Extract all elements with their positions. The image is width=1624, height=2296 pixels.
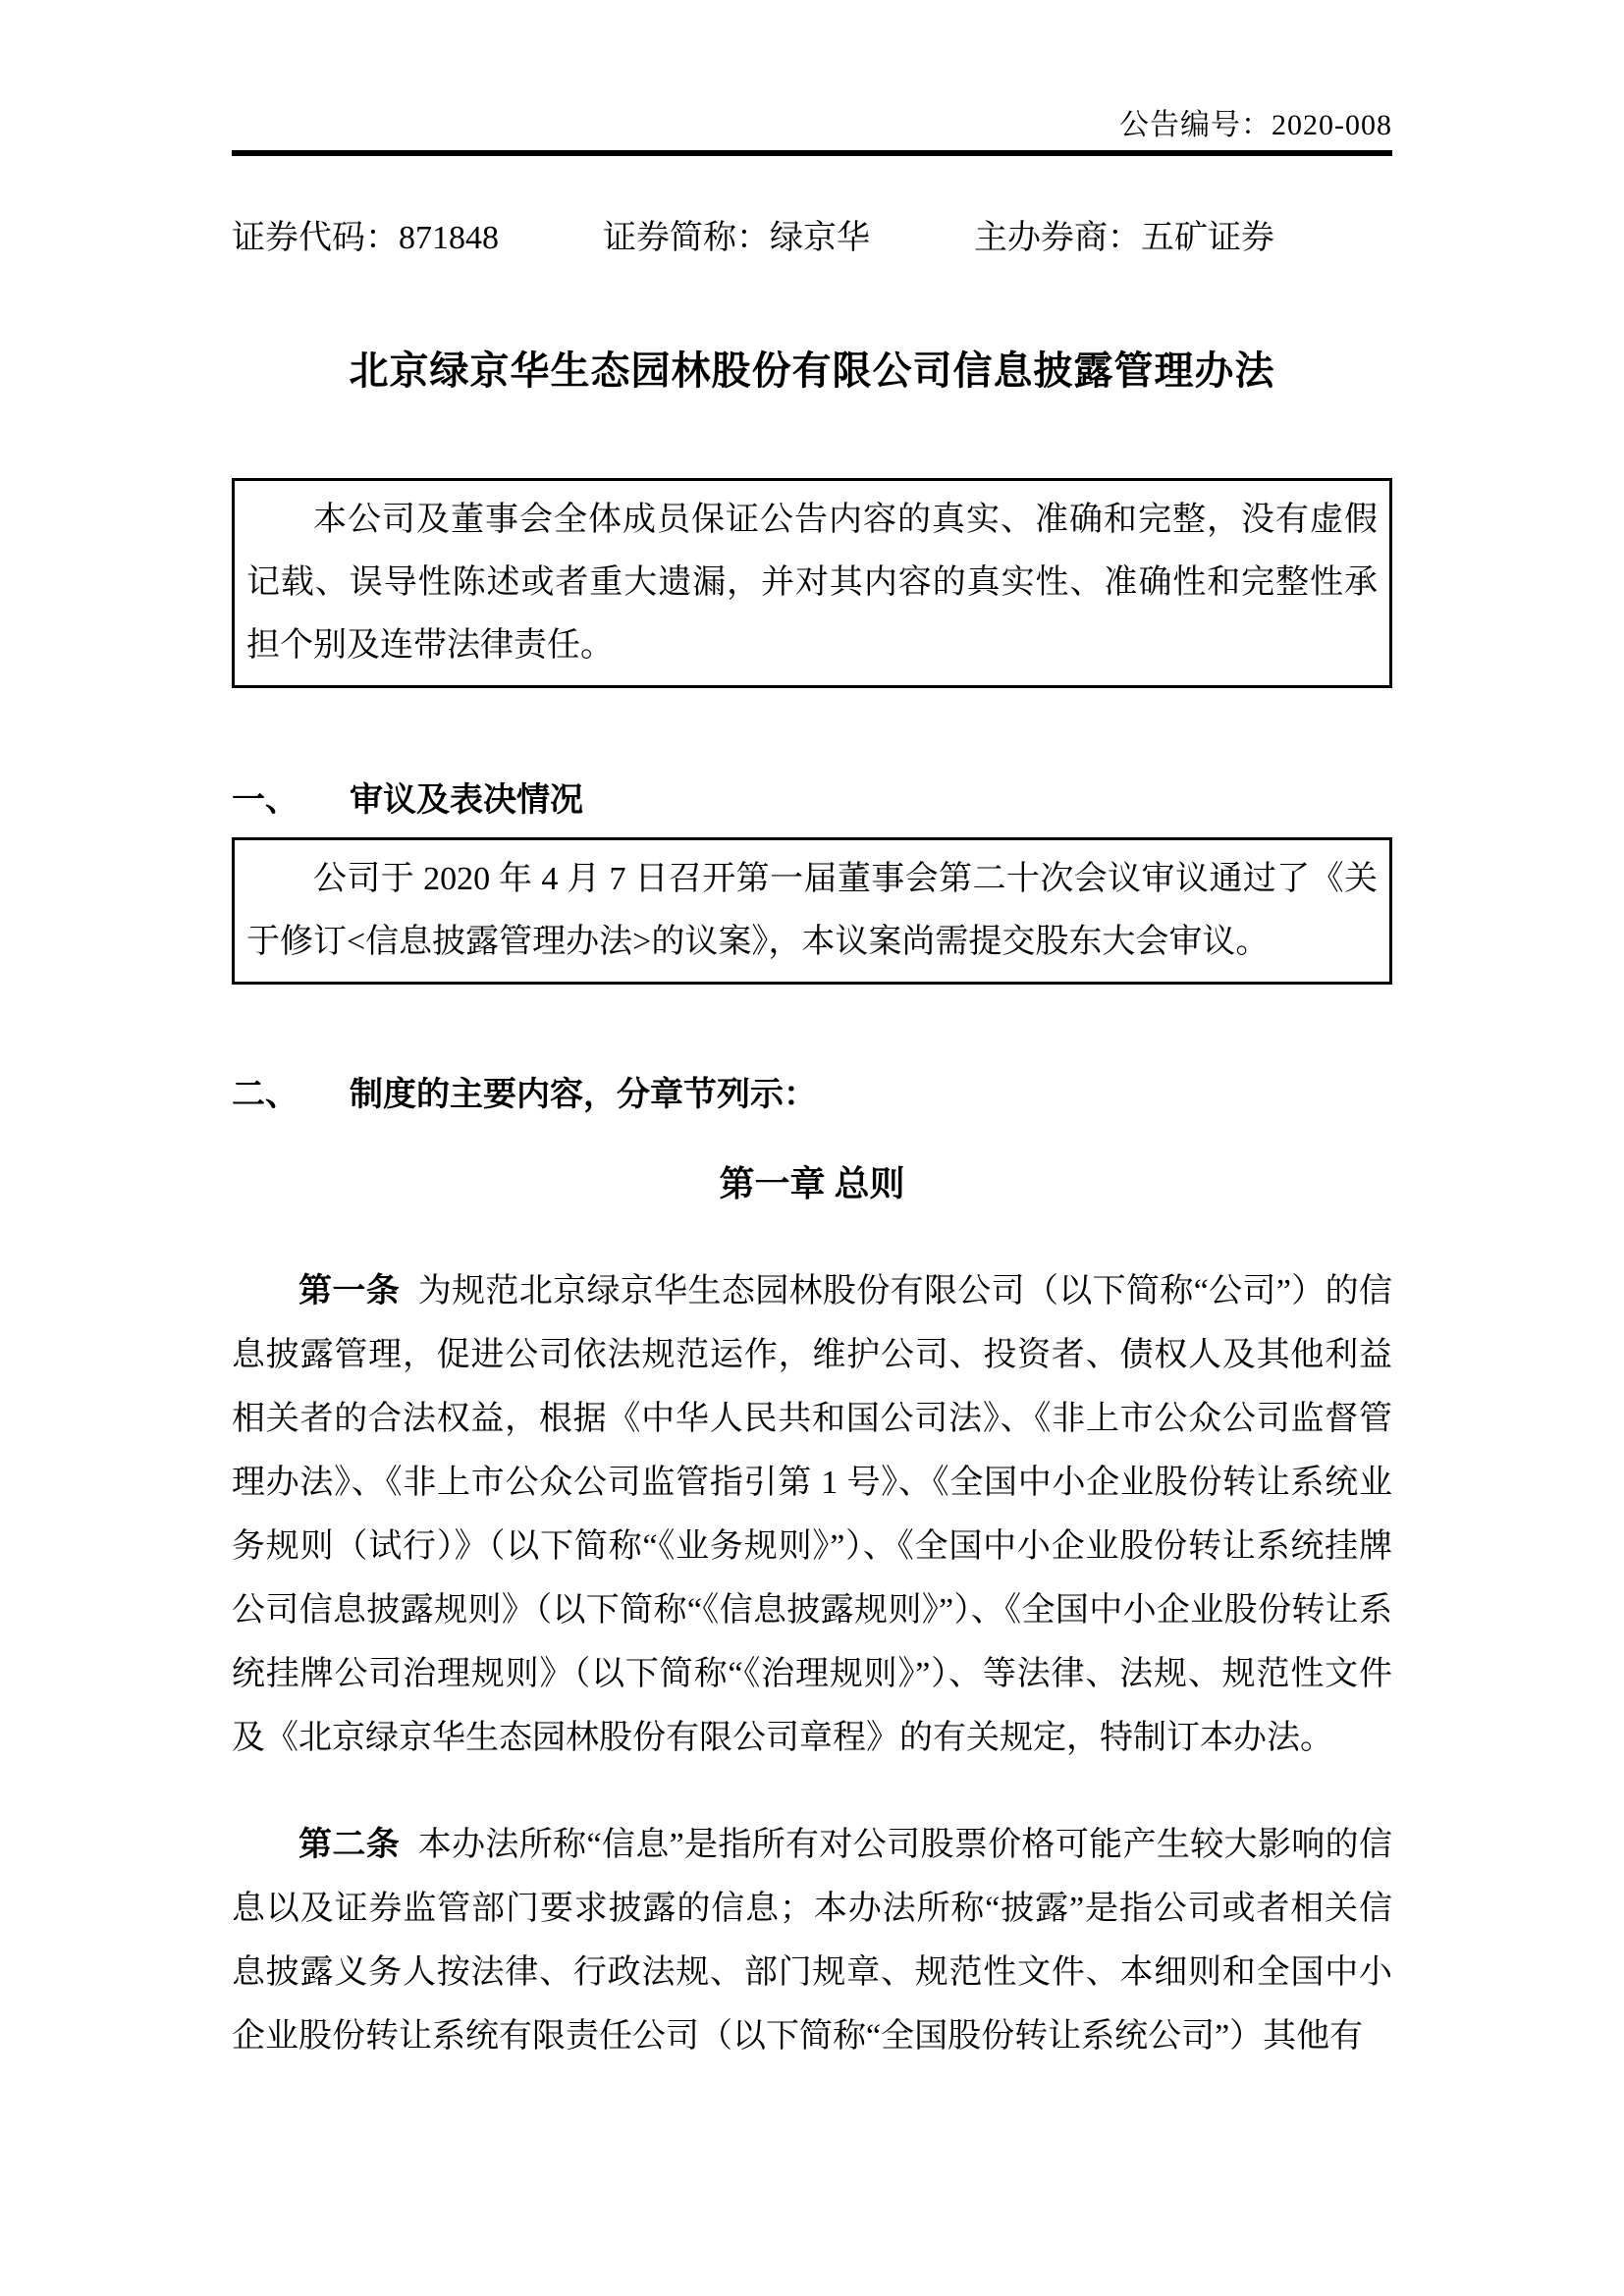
announcement-number: 公告编号：2020-008 bbox=[232, 110, 1392, 141]
article-2: 第二条本办法所称“信息”是指所有对公司股票价格可能产生较大影响的信息以及证券监管… bbox=[232, 1813, 1392, 2068]
stock-code: 证券代码：871848 bbox=[232, 221, 499, 256]
article-2-text: 本办法所称“信息”是指所有对公司股票价格可能产生较大影响的信息以及证券监管部门要… bbox=[232, 1827, 1392, 2055]
chapter-title: 第一章 总则 bbox=[232, 1163, 1392, 1204]
resolution-text: 公司于 2020 年 4 月 7 日召开第一届董事会第二十次会议审议通过了《关于… bbox=[246, 848, 1378, 974]
resolution-box: 公司于 2020 年 4 月 7 日召开第一届董事会第二十次会议审议通过了《关于… bbox=[232, 837, 1392, 985]
declaration-text: 本公司及董事会全体成员保证公告内容的真实、准确和完整，没有虚假记载、误导性陈述或… bbox=[246, 489, 1378, 677]
section-2-heading: 二、制度的主要内容，分章节列示： bbox=[232, 1077, 1392, 1114]
section-2-number: 二、 bbox=[232, 1077, 350, 1114]
header-rule bbox=[232, 150, 1392, 156]
article-1-label: 第一条 bbox=[298, 1273, 400, 1309]
article-1: 第一条为规范北京绿京华生态园林股份有限公司（以下简称“公司”）的信息披露管理，促… bbox=[232, 1259, 1392, 1770]
section-1-number: 一、 bbox=[232, 782, 350, 820]
document-page: 公告编号：2020-008 证券代码：871848 证券简称：绿京华 主办券商：… bbox=[0, 0, 1624, 2296]
article-2-label: 第二条 bbox=[298, 1827, 400, 1863]
article-1-text: 为规范北京绿京华生态园林股份有限公司（以下简称“公司”）的信息披露管理，促进公司… bbox=[232, 1273, 1392, 1756]
securities-info-row: 证券代码：871848 证券简称：绿京华 主办券商：五矿证券 bbox=[232, 221, 1392, 256]
stock-short-name: 证券简称：绿京华 bbox=[603, 221, 870, 256]
section-2-title: 制度的主要内容，分章节列示： bbox=[350, 1077, 817, 1113]
page-header: 公告编号：2020-008 bbox=[232, 0, 1392, 156]
section-1-heading: 一、审议及表决情况 bbox=[232, 782, 1392, 820]
sponsor-broker: 主办券商：五矿证券 bbox=[974, 221, 1274, 256]
document-title: 北京绿京华生态园林股份有限公司信息披露管理办法 bbox=[232, 348, 1392, 394]
declaration-box: 本公司及董事会全体成员保证公告内容的真实、准确和完整，没有虚假记载、误导性陈述或… bbox=[232, 478, 1392, 688]
section-1-title: 审议及表决情况 bbox=[350, 782, 583, 819]
